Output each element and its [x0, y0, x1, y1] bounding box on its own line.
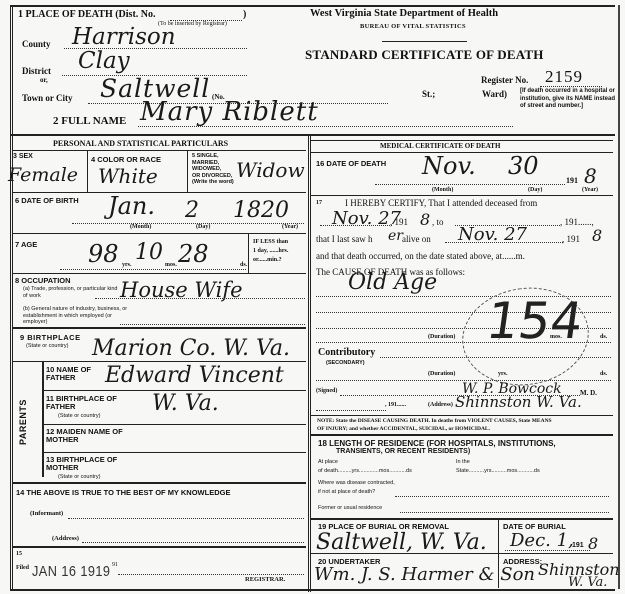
contrib-ds-label: ds. [600, 371, 607, 377]
bottom-border [10, 589, 615, 591]
marital-label: 5 SINGLE, MARRIED, WIDOWED, OR DIVORCED,… [192, 153, 234, 186]
informant-address-line [82, 542, 304, 543]
less-line-2: 1 day, ......hrs. [253, 247, 288, 256]
center-divider [308, 136, 311, 592]
contributory-label: Contributory [318, 347, 375, 358]
medical-top-rule [311, 140, 613, 141]
occupation-b-line [120, 324, 305, 325]
certificate-title: STANDARD CERTIFICATE OF DEATH [305, 47, 544, 63]
father-birthplace-note: (State or country) [58, 413, 101, 419]
undertaker-rule [311, 553, 613, 554]
mother-name-label: 12 MAIDEN NAME OF MOTHER [46, 428, 136, 444]
last-saw-year-prefix: , 191 [562, 234, 580, 244]
full-name-value: Mary Riblett [140, 97, 319, 127]
row-rule-2 [12, 233, 306, 234]
birthplace-value: Marion Co. W. Va. [92, 336, 290, 361]
attended-from-year-prefix: , 191 [390, 217, 408, 227]
age-years: 98 [88, 240, 119, 268]
filed-line [118, 574, 304, 575]
town-label: Town or City [22, 93, 73, 103]
less-than-label: IF LESS than 1 day, ......hrs. or......m… [253, 238, 288, 265]
contracted-line [395, 496, 609, 497]
marital-value: Widow [236, 158, 305, 182]
registrar-label: REGISTRAR. [245, 576, 285, 583]
md-label: M. D. [580, 389, 597, 397]
sign-year: , 191...... [385, 402, 406, 408]
burial-place-value: Saltwell, W. Va. [316, 530, 487, 555]
personal-title-rule [12, 150, 306, 151]
in-state-duration: State..........yrs..........mos.........… [456, 468, 540, 474]
death-month: Nov. [422, 152, 476, 180]
residence-label: 18 LENGTH OF RESIDENCE (FOR HOSPITALS, I… [318, 439, 556, 448]
former-residence-line [400, 512, 609, 513]
death-year-prefix: 191 [566, 176, 578, 185]
undertaker-value: Wm. J. S. Harmer & Son [314, 564, 535, 585]
filed-label: Filed [16, 565, 29, 571]
in-the-label: In the [456, 459, 470, 465]
death-month-label: (Month) [432, 187, 453, 193]
header-rule [382, 41, 467, 42]
full-name-line [138, 126, 513, 127]
informant-line [68, 518, 304, 519]
of-death-duration: of death.........yrs.............mos....… [318, 468, 412, 474]
dob-line [72, 223, 304, 224]
dist-paren: ) [243, 9, 246, 20]
cause-duration-label: (Duration) [428, 334, 455, 340]
death-date-rule [311, 195, 613, 196]
county-value: Harrison [72, 24, 176, 50]
informant-address-label: (Address) [52, 535, 79, 542]
district-label: District [22, 66, 51, 76]
less-divider [248, 233, 249, 273]
filed-number: 15 [16, 551, 22, 557]
mother-birthplace-note: (State or country) [58, 474, 101, 480]
burial-year-suffix: 8 [588, 534, 598, 553]
death-day: 30 [508, 152, 539, 180]
death-occurred-text: and that death occurred, on the date sta… [316, 251, 525, 261]
street-label: St.; [422, 89, 435, 99]
or-label: or, [40, 76, 48, 84]
attended-from-year-suffix: 8 [420, 210, 430, 229]
age-line [60, 269, 246, 270]
header-divider [10, 134, 615, 136]
district-value: Clay [78, 48, 130, 74]
sex-divider [87, 150, 88, 192]
row-rule-3 [12, 273, 306, 274]
death-year-label: (Year) [582, 187, 598, 193]
father-bp-rule [43, 424, 306, 425]
father-birthplace-label: 11 BIRTHPLACE OF FATHER [46, 395, 126, 411]
sex-label: 3 SEX [13, 153, 33, 160]
race-divider [187, 150, 188, 192]
burial-year-prefix: 191 [572, 542, 584, 549]
parents-label: PARENTS [18, 399, 28, 445]
sign-date-line [316, 410, 386, 411]
dob-year: 1820 [233, 198, 289, 223]
death-year-suffix: 8 [584, 164, 597, 188]
age-ds-label: ds. [240, 262, 247, 268]
birthplace-label: 9 BIRTHPLACE [20, 333, 81, 342]
register-label: Register No. [481, 75, 528, 85]
filed-suffix: 91 [112, 562, 118, 568]
top-border [10, 5, 615, 7]
parents-divider [42, 361, 44, 477]
informant-label: (Informant) [30, 510, 63, 517]
dob-month-label: (Month) [130, 224, 151, 230]
certify-number: 17 [316, 200, 322, 206]
contracted-label-1: Where was disease contracted, [318, 480, 395, 486]
marital-note: (Write the word) [192, 179, 234, 186]
age-yrs-label: yrs. [122, 262, 132, 268]
at-place-label: At place [318, 459, 338, 465]
attended-to-year: , 191......, [560, 217, 594, 227]
row-rule-6 [12, 482, 306, 484]
race-label: 4 COLOR OR RACE [91, 155, 161, 164]
dob-year-label: (Year) [282, 224, 298, 230]
registrar-number-stamp: 154 [483, 292, 587, 350]
cause-ds-label: ds. [600, 334, 607, 340]
undertaker-address-line-2: W. Va. [568, 575, 607, 590]
date-of-death-label: 16 DATE OF DEATH [316, 159, 386, 168]
certify-text: I HEREBY CERTIFY, That I attended deceas… [345, 198, 537, 208]
dob-month: Jan. [108, 192, 155, 220]
attended-from-line [320, 225, 392, 226]
father-birthplace-value: W. Va. [152, 391, 219, 416]
death-certificate: 1 PLACE OF DEATH (Dist. No. ) (To be ins… [0, 0, 625, 594]
note-line-1: NOTE: State the DISEASE CAUSING DEATH. I… [317, 418, 552, 424]
signed-label: (Signed) [316, 388, 337, 394]
attended-to-label: , to [432, 217, 444, 227]
less-line-1: IF LESS than [253, 238, 288, 247]
filed-date-stamp: JAN 16 1919 [32, 563, 110, 580]
physician-address: Shinnston W. Va. [455, 393, 582, 411]
note-bottom-rule [311, 434, 613, 436]
row-rule-5 [12, 361, 306, 362]
mother-birthplace-label: 13 BIRTHPLACE OF MOTHER [46, 456, 126, 472]
row-rule-4 [12, 327, 306, 329]
occupation-label: 8 OCCUPATION [15, 276, 71, 285]
dob-label: 6 DATE OF BIRTH [15, 196, 79, 205]
mother-rule [43, 452, 306, 453]
age-mos-label: mos. [165, 262, 177, 268]
occupation-b-label: (b) General nature of industry, business… [23, 306, 128, 326]
cause-value: Old Age [348, 270, 437, 295]
sex-value: Female [8, 164, 78, 186]
medical-section-title: MEDICAL CERTIFICATE OF DEATH [380, 142, 500, 150]
former-residence-label: Former or usual residence [318, 505, 382, 511]
age-days: 28 [178, 240, 209, 268]
death-day-label: (Day) [528, 187, 542, 193]
last-saw-line [445, 242, 563, 243]
last-saw-year-suffix: 8 [592, 226, 602, 245]
bureau-title: BUREAU OF VITAL STATISTICS [360, 23, 466, 30]
death-date-line [375, 184, 565, 185]
full-name-label: 2 FULL NAME [53, 115, 126, 127]
county-label: County [22, 39, 51, 49]
last-saw-text-2: alive on [402, 234, 431, 244]
burial-date-line [505, 550, 590, 551]
burial-top-rule [311, 518, 613, 520]
row-rule-7 [12, 546, 306, 548]
age-months: 10 [135, 240, 163, 265]
department-title: West Virginia State Department of Health [310, 8, 498, 19]
note-line-2: OF INJURY; and whether ACCIDENTAL, SUICI… [317, 426, 490, 432]
personal-section-title: PERSONAL AND STATISTICAL PARTICULARS [53, 139, 228, 148]
secondary-label: (SECONDARY) [326, 360, 365, 366]
hospital-note: [If death occurred in a hospital or inst… [520, 88, 620, 111]
burial-date-value: Dec. 1, [510, 530, 574, 551]
contracted-label-2: if not at place of death? [318, 489, 375, 495]
father-name-label: 10 NAME OF FATHER [46, 366, 106, 382]
register-number: 2159 [545, 67, 583, 87]
last-saw-text-1: that I last saw h [316, 234, 373, 244]
last-saw-pronoun: er [388, 228, 403, 244]
register-line [540, 86, 602, 87]
occupation-a-line [95, 298, 305, 299]
birthplace-note: (State or country) [26, 343, 69, 349]
note-top-rule [311, 415, 613, 416]
age-label: 7 AGE [15, 240, 37, 249]
undertaker-address-label: ADDRESS: [503, 557, 542, 566]
place-of-death-label: 1 PLACE OF DEATH (Dist. No. [18, 9, 156, 20]
sign-address-label: (Address) [428, 402, 453, 408]
less-line-3: or......min.? [253, 256, 288, 265]
race-value: White [98, 164, 158, 188]
row-rule-1 [12, 192, 306, 193]
residence-label-2: TRANSIENTS, OR RECENT RESIDENTS) [336, 448, 470, 455]
dob-day-label: (Day) [196, 224, 210, 230]
father-name-value: Edward Vincent [105, 363, 284, 388]
dob-day: 2 [185, 198, 199, 223]
knowledge-statement: 14 THE ABOVE IS TRUE TO THE BEST OF MY K… [16, 488, 230, 497]
contrib-duration-label: (Duration) [428, 371, 455, 377]
ward-label: Ward) [482, 89, 507, 99]
